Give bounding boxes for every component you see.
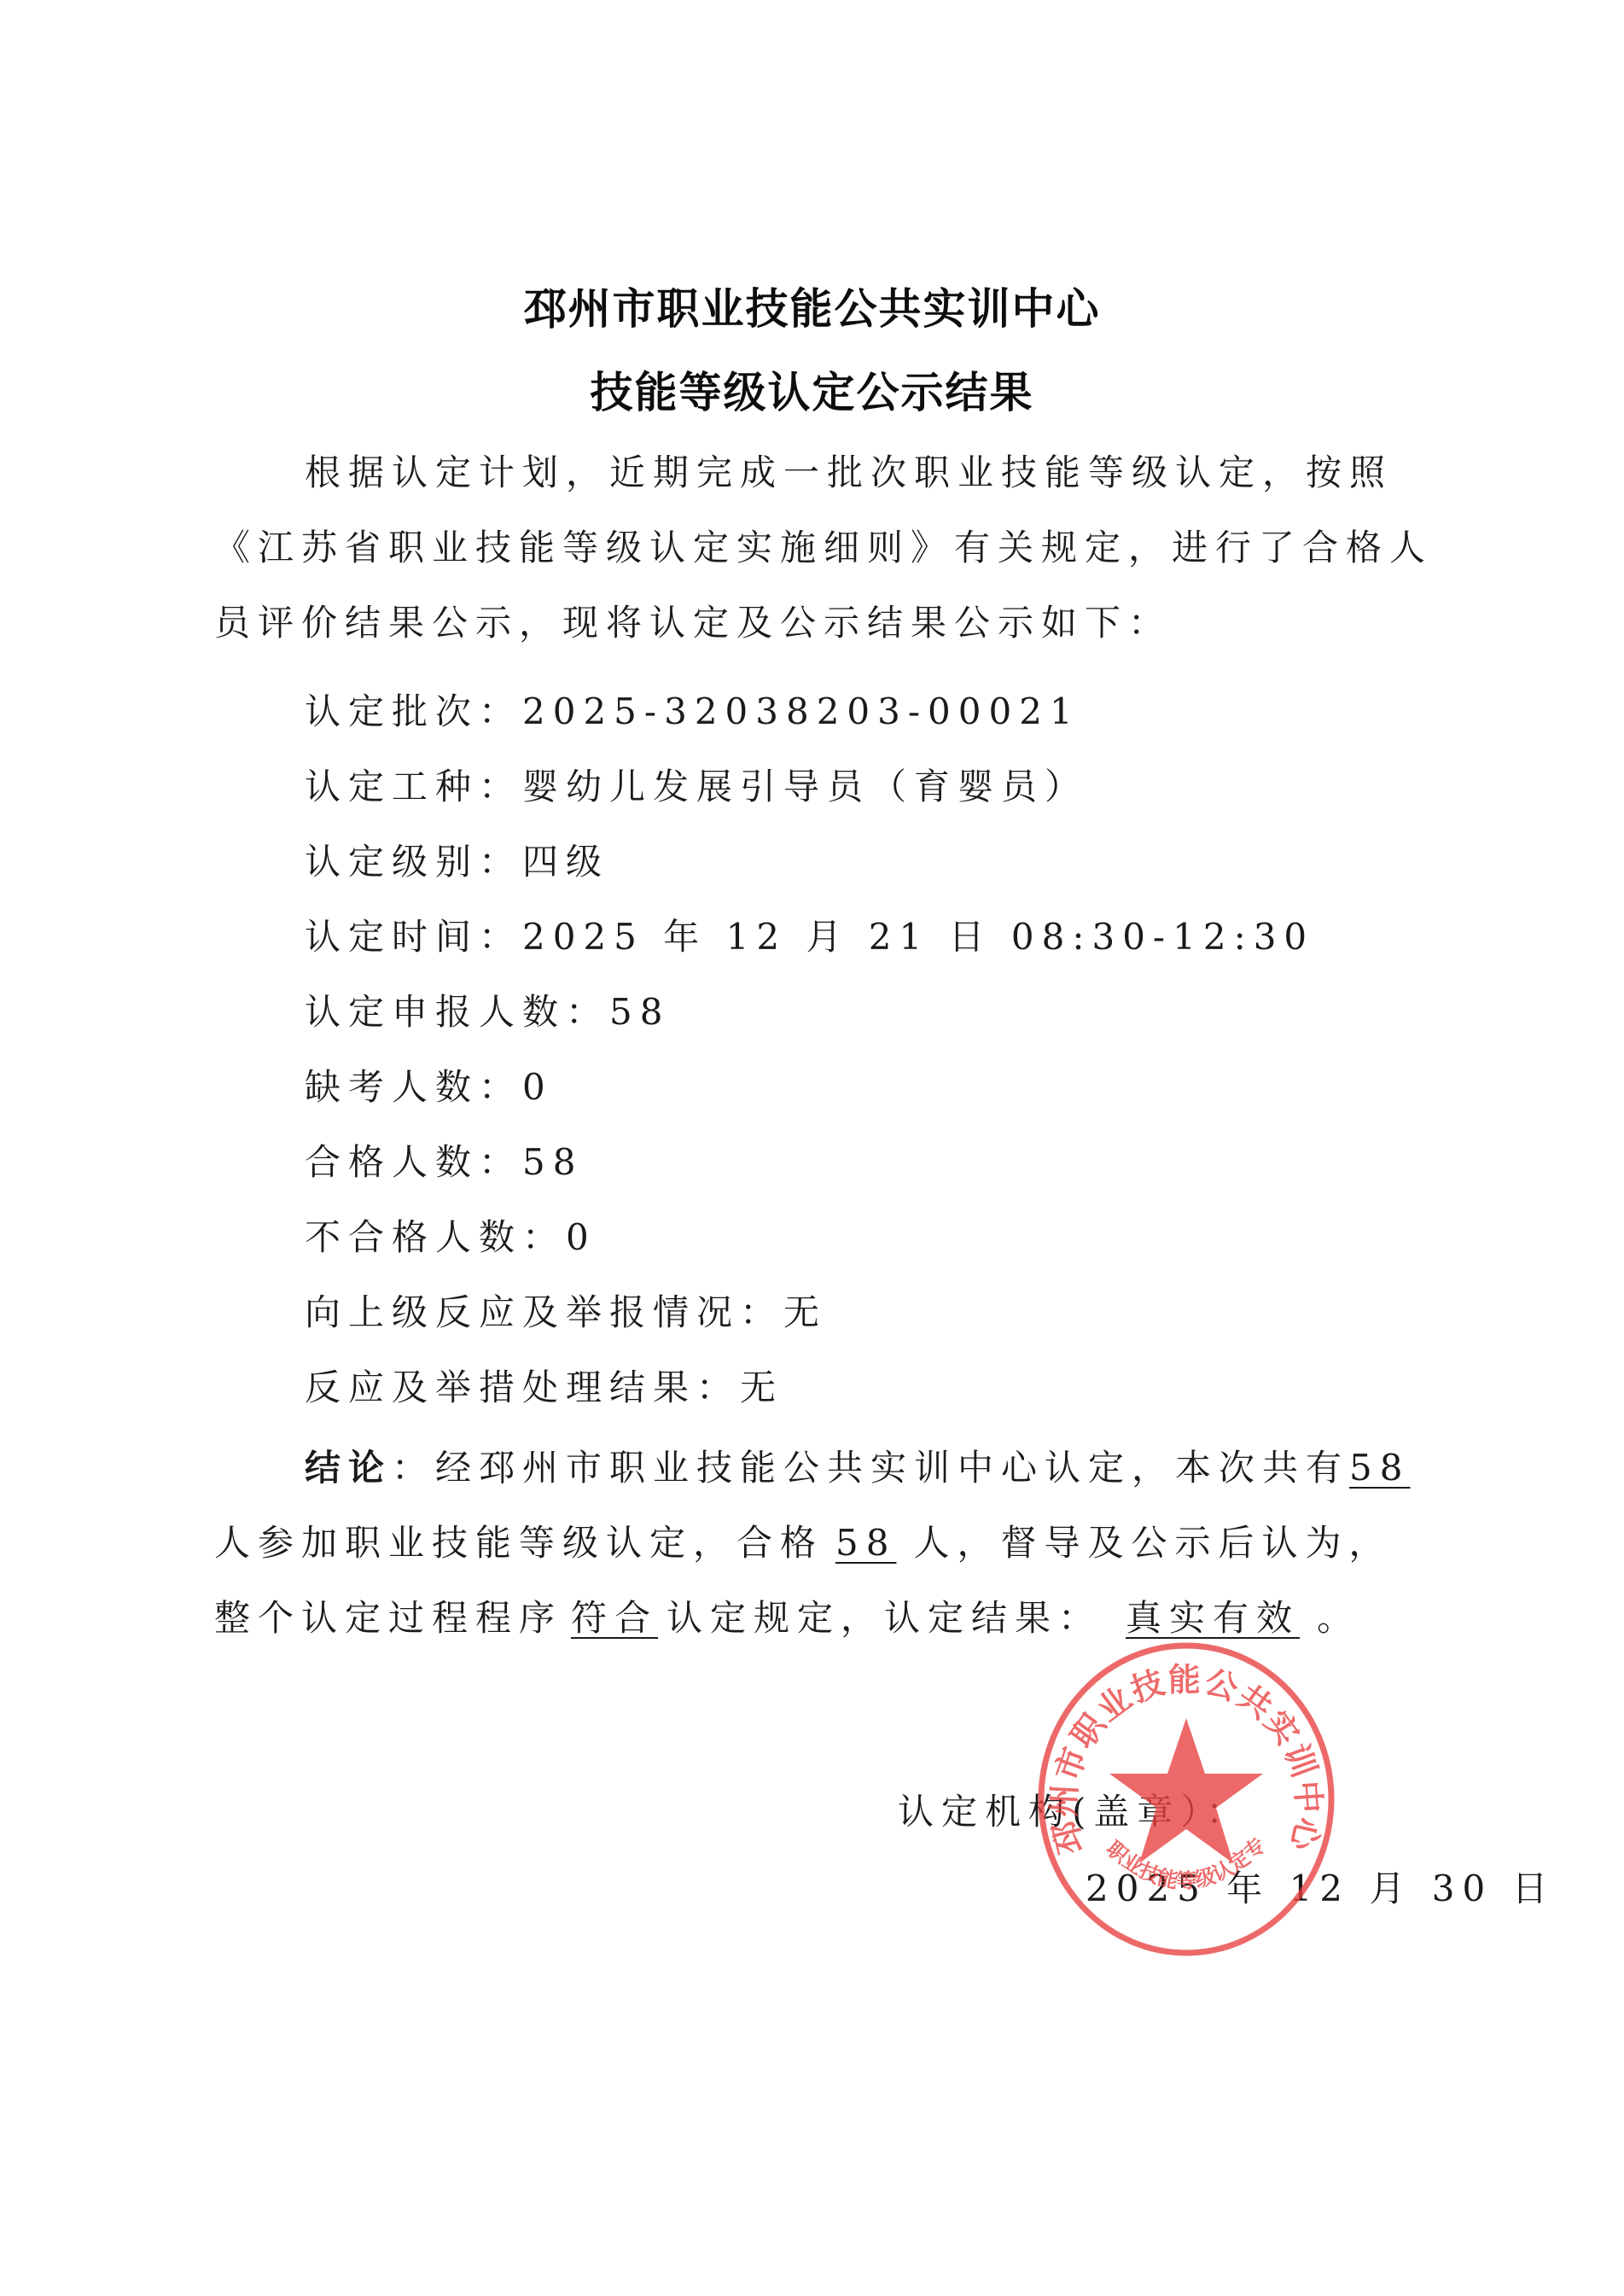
- total-count: 58: [1349, 1447, 1410, 1489]
- item-applicants: 认定申报人数：58: [305, 989, 670, 1035]
- intro-line-1: 根据认定计划，近期完成一批次职业技能等级认定，按照: [305, 450, 1393, 496]
- conclusion-text: 人，督导及公示后认为，: [913, 1522, 1392, 1564]
- intro-line-3: 员评价结果公示，现将认定及公示结果公示如下：: [214, 600, 1172, 646]
- item-handling: 反应及举措处理结果：无: [305, 1365, 783, 1411]
- seal-inner-text: 职业技能等级认定专用章: [1028, 1637, 1271, 1893]
- item-time: 认定时间：2025 年 12 月 21 日 08:30-12:30: [305, 914, 1314, 960]
- item-label: 认定申报人数：: [305, 991, 609, 1033]
- item-value: 无: [783, 1291, 827, 1333]
- conclusion-line-3: 整个认定过程程序符合认定规定，认定结果：真实有效。: [214, 1595, 1360, 1641]
- item-label: 合格人数：: [305, 1141, 522, 1183]
- item-value: 婴幼儿发展引导员（育婴员）: [522, 766, 1088, 807]
- conclusion-text: 认定规定，认定结果：: [666, 1597, 1102, 1639]
- item-failed: 不合格人数：0: [305, 1215, 597, 1261]
- document-subtitle: 技能等级认定公示结果: [0, 358, 1624, 420]
- signature-date: 2025 年 12 月 30 日: [1086, 1861, 1556, 1912]
- item-occupation: 认定工种：婴幼儿发展引导员（育婴员）: [305, 764, 1088, 810]
- item-absent: 缺考人数：0: [305, 1064, 553, 1110]
- document-page: 邳州市职业技能公共实训中心 技能等级认定公示结果 根据认定计划，近期完成一批次职…: [0, 0, 1624, 2296]
- item-label: 向上级反应及举报情况：: [305, 1291, 783, 1333]
- compliance-value: 符合: [562, 1595, 666, 1641]
- passed-count: 58: [824, 1520, 913, 1566]
- conclusion-text: 整个认定过程程序: [214, 1597, 562, 1639]
- conclusion-label: 结论: [305, 1447, 392, 1489]
- item-label: 认定时间：: [305, 916, 522, 958]
- item-label: 认定工种：: [305, 766, 522, 807]
- item-value: 0: [522, 1066, 553, 1108]
- item-value: 四级: [522, 841, 609, 883]
- item-label: 不合格人数：: [305, 1216, 566, 1258]
- intro-line-2: 《江苏省职业技能等级认定实施细则》有关规定，进行了合格人: [214, 525, 1433, 571]
- item-value: 2025-32038203-00021: [522, 691, 1080, 732]
- result-value: 真实有效: [1102, 1595, 1317, 1641]
- item-label: 认定批次：: [305, 691, 522, 732]
- signature-label: 认定机构(盖章）：: [898, 1784, 1249, 1835]
- document-title: 邳州市职业技能公共实训中心: [0, 275, 1624, 336]
- svg-text:职业技能等级认定专用章: 职业技能等级认定专用章: [1028, 1637, 1271, 1893]
- item-level: 认定级别：四级: [305, 839, 609, 885]
- conclusion-period: 。: [1317, 1597, 1360, 1639]
- conclusion-text: 经邳州市职业技能公共实训中心认定，本次共有: [435, 1447, 1349, 1489]
- item-label: 认定级别：: [305, 841, 522, 883]
- item-passed: 合格人数：58: [305, 1139, 583, 1186]
- item-value: 0: [566, 1216, 597, 1258]
- conclusion-colon: ：: [392, 1447, 435, 1489]
- item-label: 反应及举措处理结果：: [305, 1367, 740, 1408]
- item-value: 58: [609, 991, 670, 1033]
- item-value: 58: [522, 1141, 583, 1183]
- conclusion-text: 人参加职业技能等级认定，合格: [214, 1522, 824, 1564]
- item-label: 缺考人数：: [305, 1066, 522, 1108]
- item-reports: 向上级反应及举报情况：无: [305, 1290, 827, 1336]
- conclusion-line-1: 结论：经邳州市职业技能公共实训中心认定，本次共有58: [305, 1445, 1411, 1491]
- conclusion-line-2: 人参加职业技能等级认定，合格58人，督导及公示后认为，: [214, 1520, 1392, 1566]
- item-value: 2025 年 12 月 21 日 08:30-12:30: [522, 916, 1314, 958]
- item-batch: 认定批次：2025-32038203-00021: [305, 689, 1080, 735]
- item-value: 无: [740, 1367, 783, 1408]
